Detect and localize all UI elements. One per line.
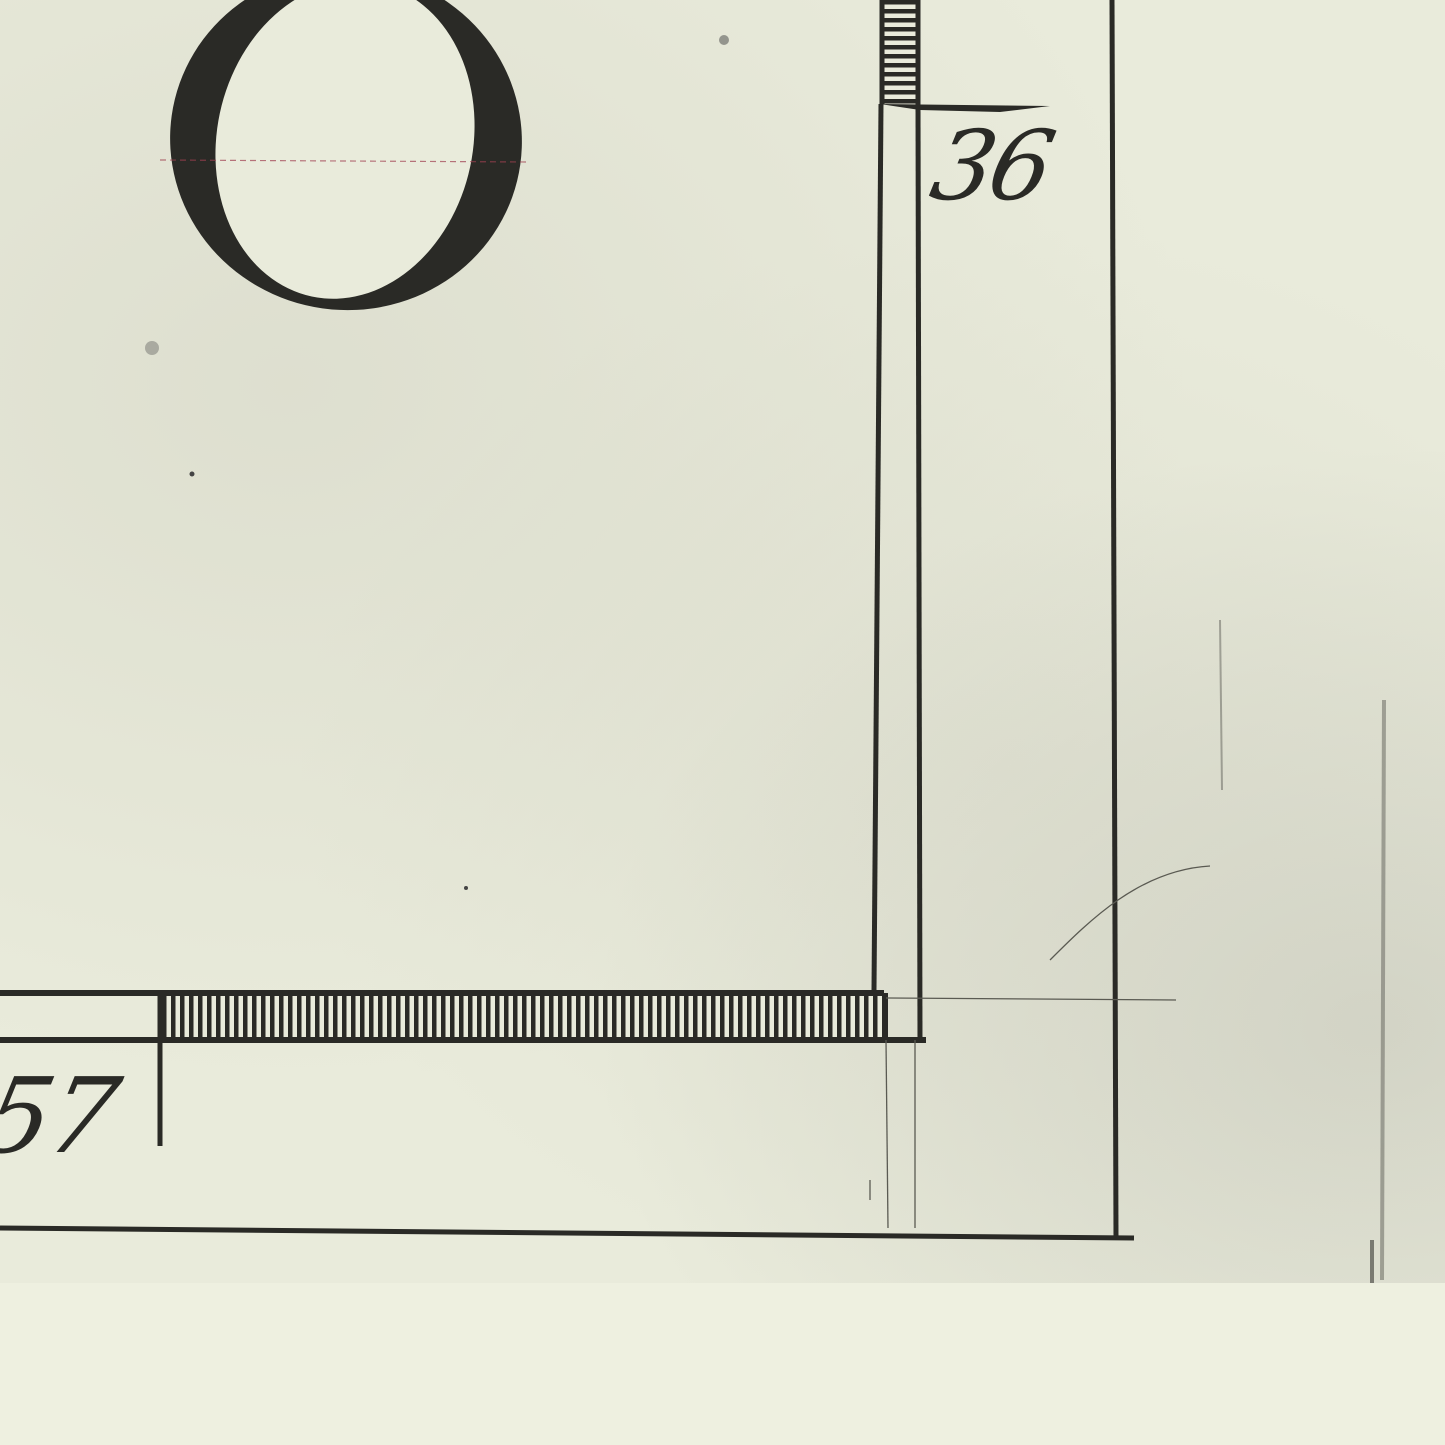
dimension-label-vertical: 36 — [924, 118, 1059, 214]
frame-right-line — [1112, 0, 1116, 1238]
letter-o-glyph — [148, 0, 544, 333]
bleed-through-marks — [1220, 620, 1384, 1283]
vertical-hatch-bar — [880, 0, 920, 104]
horizontal-hatch-bar — [0, 993, 926, 1146]
dimension-label-horizontal: 57 — [0, 1064, 125, 1168]
vertical-double-lines — [874, 104, 920, 1042]
engraved-diagram — [0, 0, 1445, 1445]
frame-bottom-line — [0, 1228, 1134, 1238]
